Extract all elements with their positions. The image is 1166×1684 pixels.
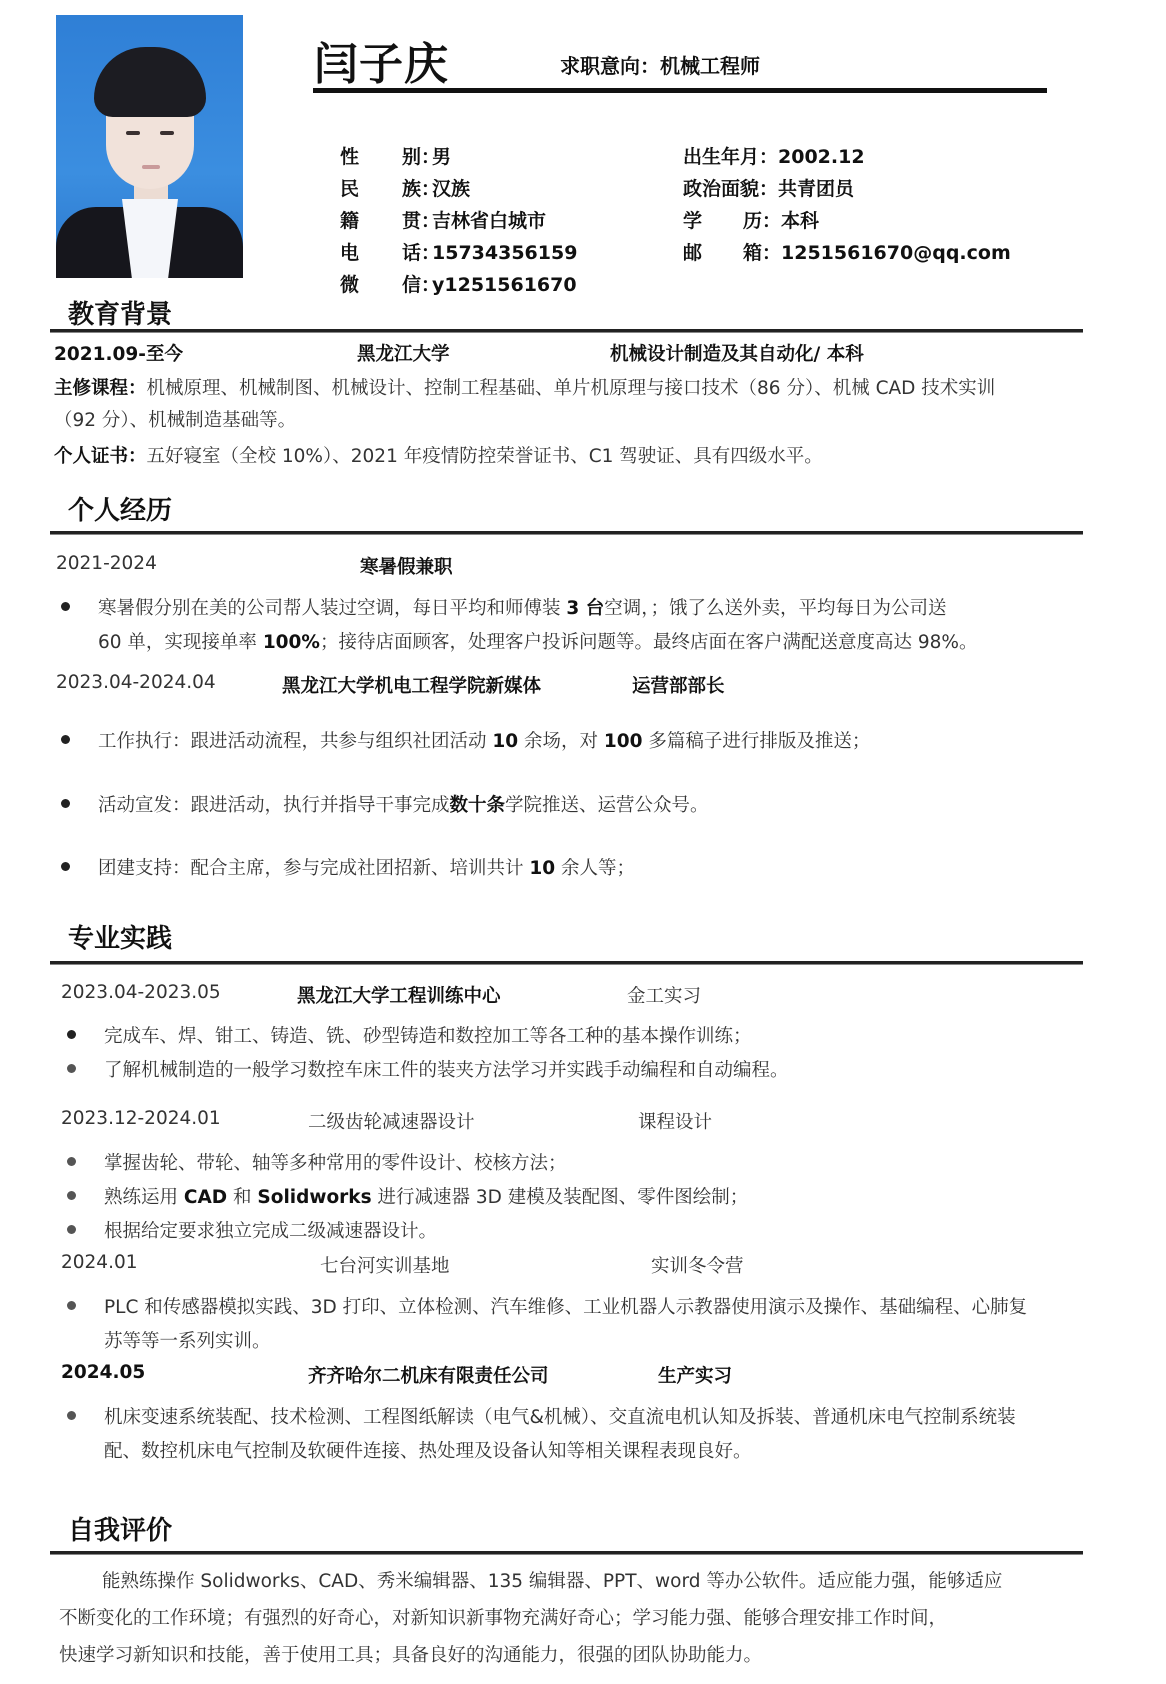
info-degree: 学历：本科 — [683, 206, 819, 233]
exp-date: 2021-2024 — [56, 553, 157, 574]
bullet-icon — [61, 799, 70, 808]
section-title-practice: 专业实践 — [68, 918, 172, 955]
info-phone: 电话：15734356159 — [340, 238, 577, 265]
practice-org: 七台河实训基地 — [320, 1252, 450, 1278]
courses-label: 主修课程： — [54, 378, 147, 399]
exp-org: 寒暑假兼职 — [360, 553, 453, 579]
practice-bullet-text: 完成车、焊、钳工、铸造、铣、砂型铸造和数控加工等各工种的基本操作训练； — [104, 1022, 752, 1048]
bullet-icon — [67, 1064, 76, 1073]
bullet-icon — [61, 602, 70, 611]
practice-org: 齐齐哈尔二机床有限责任公司 — [308, 1362, 549, 1388]
info-political: 政治面貌：共青团员 — [683, 174, 854, 201]
practice-role: 金工实习 — [627, 982, 701, 1008]
certs-text: 五好寝室（全校 10%）、2021 年疫情防控荣誉证书、C1 驾驶证、具有四级水… — [147, 446, 823, 467]
job-intent: 求职意向：机械工程师 — [560, 50, 760, 79]
bullet-icon — [61, 735, 70, 744]
practice-bullet-text-cont: 配、数控机床电气控制及软硬件连接、热处理及设备认知等相关课程表现良好。 — [104, 1437, 752, 1463]
practice-bullet-text: 根据给定要求独立完成二级减速器设计。 — [104, 1217, 437, 1243]
candidate-name: 闫子庆 — [314, 28, 449, 92]
practice-bullet-text: 掌握齿轮、带轮、轴等多种常用的零件设计、校核方法； — [104, 1149, 567, 1175]
practice-date: 2024.01 — [61, 1252, 138, 1273]
edu-courses-cont: （92 分）、机械制造基础等。 — [54, 406, 296, 432]
bullet-icon — [67, 1157, 76, 1166]
photo-eye — [126, 131, 140, 135]
exp-role: 运营部部长 — [632, 672, 725, 698]
exp-org: 黑龙江大学机电工程学院新媒体 — [282, 672, 541, 698]
bullet-icon — [67, 1301, 76, 1310]
edu-school: 黑龙江大学 — [357, 340, 450, 366]
practice-org: 二级齿轮减速器设计 — [308, 1108, 475, 1134]
section-divider — [50, 531, 1083, 535]
courses-text: 机械原理、机械制图、机械设计、控制工程基础、单片机原理与接口技术（86 分）、机… — [147, 378, 996, 399]
certs-label: 个人证书： — [54, 446, 147, 467]
header-divider — [313, 88, 1047, 93]
bullet-icon — [61, 862, 70, 871]
photo-shirt — [122, 199, 178, 278]
edu-major: 机械设计制造及其自动化/ 本科 — [610, 340, 864, 366]
practice-bullet-text: 机床变速系统装配、技术检测、工程图纸解读（电气&机械）、交直流电机认知及拆装、普… — [104, 1403, 1016, 1429]
edu-date: 2021.09-至今 — [54, 340, 183, 366]
self-eval-line: 不断变化的工作环境；有强烈的好奇心，对新知识新事物充满好奇心；学习能力强、能够合… — [59, 1604, 947, 1630]
info-email: 邮箱：1251561670@qq.com — [683, 238, 1011, 265]
exp-bullet-text-cont: 60 单，实现接单率 100%；接待店面顾客，处理客户投诉问题等。最终店面在客户… — [98, 628, 977, 654]
bullet-icon — [67, 1191, 76, 1200]
info-gender: 性别：男 — [340, 142, 451, 169]
bullet-icon — [67, 1225, 76, 1234]
practice-date: 2024.05 — [61, 1362, 145, 1383]
photo-eye — [160, 131, 174, 135]
practice-org: 黑龙江大学工程训练中心 — [297, 982, 501, 1008]
practice-date: 2023.04-2023.05 — [61, 982, 221, 1003]
section-title-experience: 个人经历 — [68, 490, 172, 527]
bullet-icon — [67, 1411, 76, 1420]
info-wechat: 微信：y1251561670 — [340, 270, 577, 297]
edu-courses: 主修课程：机械原理、机械制图、机械设计、控制工程基础、单片机原理与接口技术（86… — [54, 374, 995, 400]
self-eval-line: 快速学习新知识和技能，善于使用工具；具备良好的沟通能力，很强的团队协助能力。 — [59, 1641, 762, 1667]
bullet-icon — [67, 1030, 76, 1039]
practice-date: 2023.12-2024.01 — [61, 1108, 221, 1129]
edu-certs: 个人证书：五好寝室（全校 10%）、2021 年疫情防控荣誉证书、C1 驾驶证、… — [54, 442, 823, 468]
job-intent-value: 机械工程师 — [660, 54, 760, 78]
section-divider — [50, 961, 1083, 965]
exp-bullet-text: 寒暑假分别在美的公司帮人装过空调，每日平均和师傅装 3 台空调，；饿了么送外卖，… — [98, 594, 946, 620]
exp-bullet-text: 活动宣发：跟进活动，执行并指导干事完成数十条学院推送、运营公众号。 — [98, 791, 709, 817]
self-eval-line: 能熟练操作 Solidworks、CAD、秀米编辑器、135 编辑器、PPT、w… — [102, 1567, 1002, 1593]
section-title-self-evaluation: 自我评价 — [68, 1510, 172, 1547]
exp-bullet-text: 工作执行：跟进活动流程，共参与组织社团活动 10 余场，对 100 多篇稿子进行… — [98, 727, 870, 753]
photo-mouth — [142, 165, 160, 169]
exp-date: 2023.04-2024.04 — [56, 672, 216, 693]
practice-bullet-text-cont: 苏等等一系列实训。 — [104, 1327, 271, 1353]
practice-bullet-text: PLC 和传感器模拟实践、3D 打印、立体检测、汽车维修、工业机器人示教器使用演… — [104, 1293, 1027, 1319]
profile-photo — [56, 15, 243, 278]
section-divider — [50, 329, 1083, 333]
practice-role: 实训冬令营 — [651, 1252, 744, 1278]
info-ethnicity: 民族：汉族 — [340, 174, 470, 201]
practice-role: 课程设计 — [638, 1108, 712, 1134]
photo-hair — [94, 47, 206, 117]
info-birth: 出生年月：2002.12 — [683, 142, 865, 169]
exp-bullet-text: 团建支持：配合主席，参与完成社团招新、培训共计 10 余人等； — [98, 854, 635, 880]
info-hometown: 籍贯：吉林省白城市 — [340, 206, 546, 233]
practice-bullet-text: 熟练运用 CAD 和 Solidworks 进行减速器 3D 建模及装配图、零件… — [104, 1183, 748, 1209]
section-title-education: 教育背景 — [68, 294, 172, 331]
practice-role: 生产实习 — [658, 1362, 732, 1388]
job-intent-label: 求职意向： — [560, 54, 660, 78]
section-divider — [50, 1551, 1083, 1555]
practice-bullet-text: 了解机械制造的一般学习数控车床工件的装夹方法学习并实践手动编程和自动编程。 — [104, 1056, 789, 1082]
